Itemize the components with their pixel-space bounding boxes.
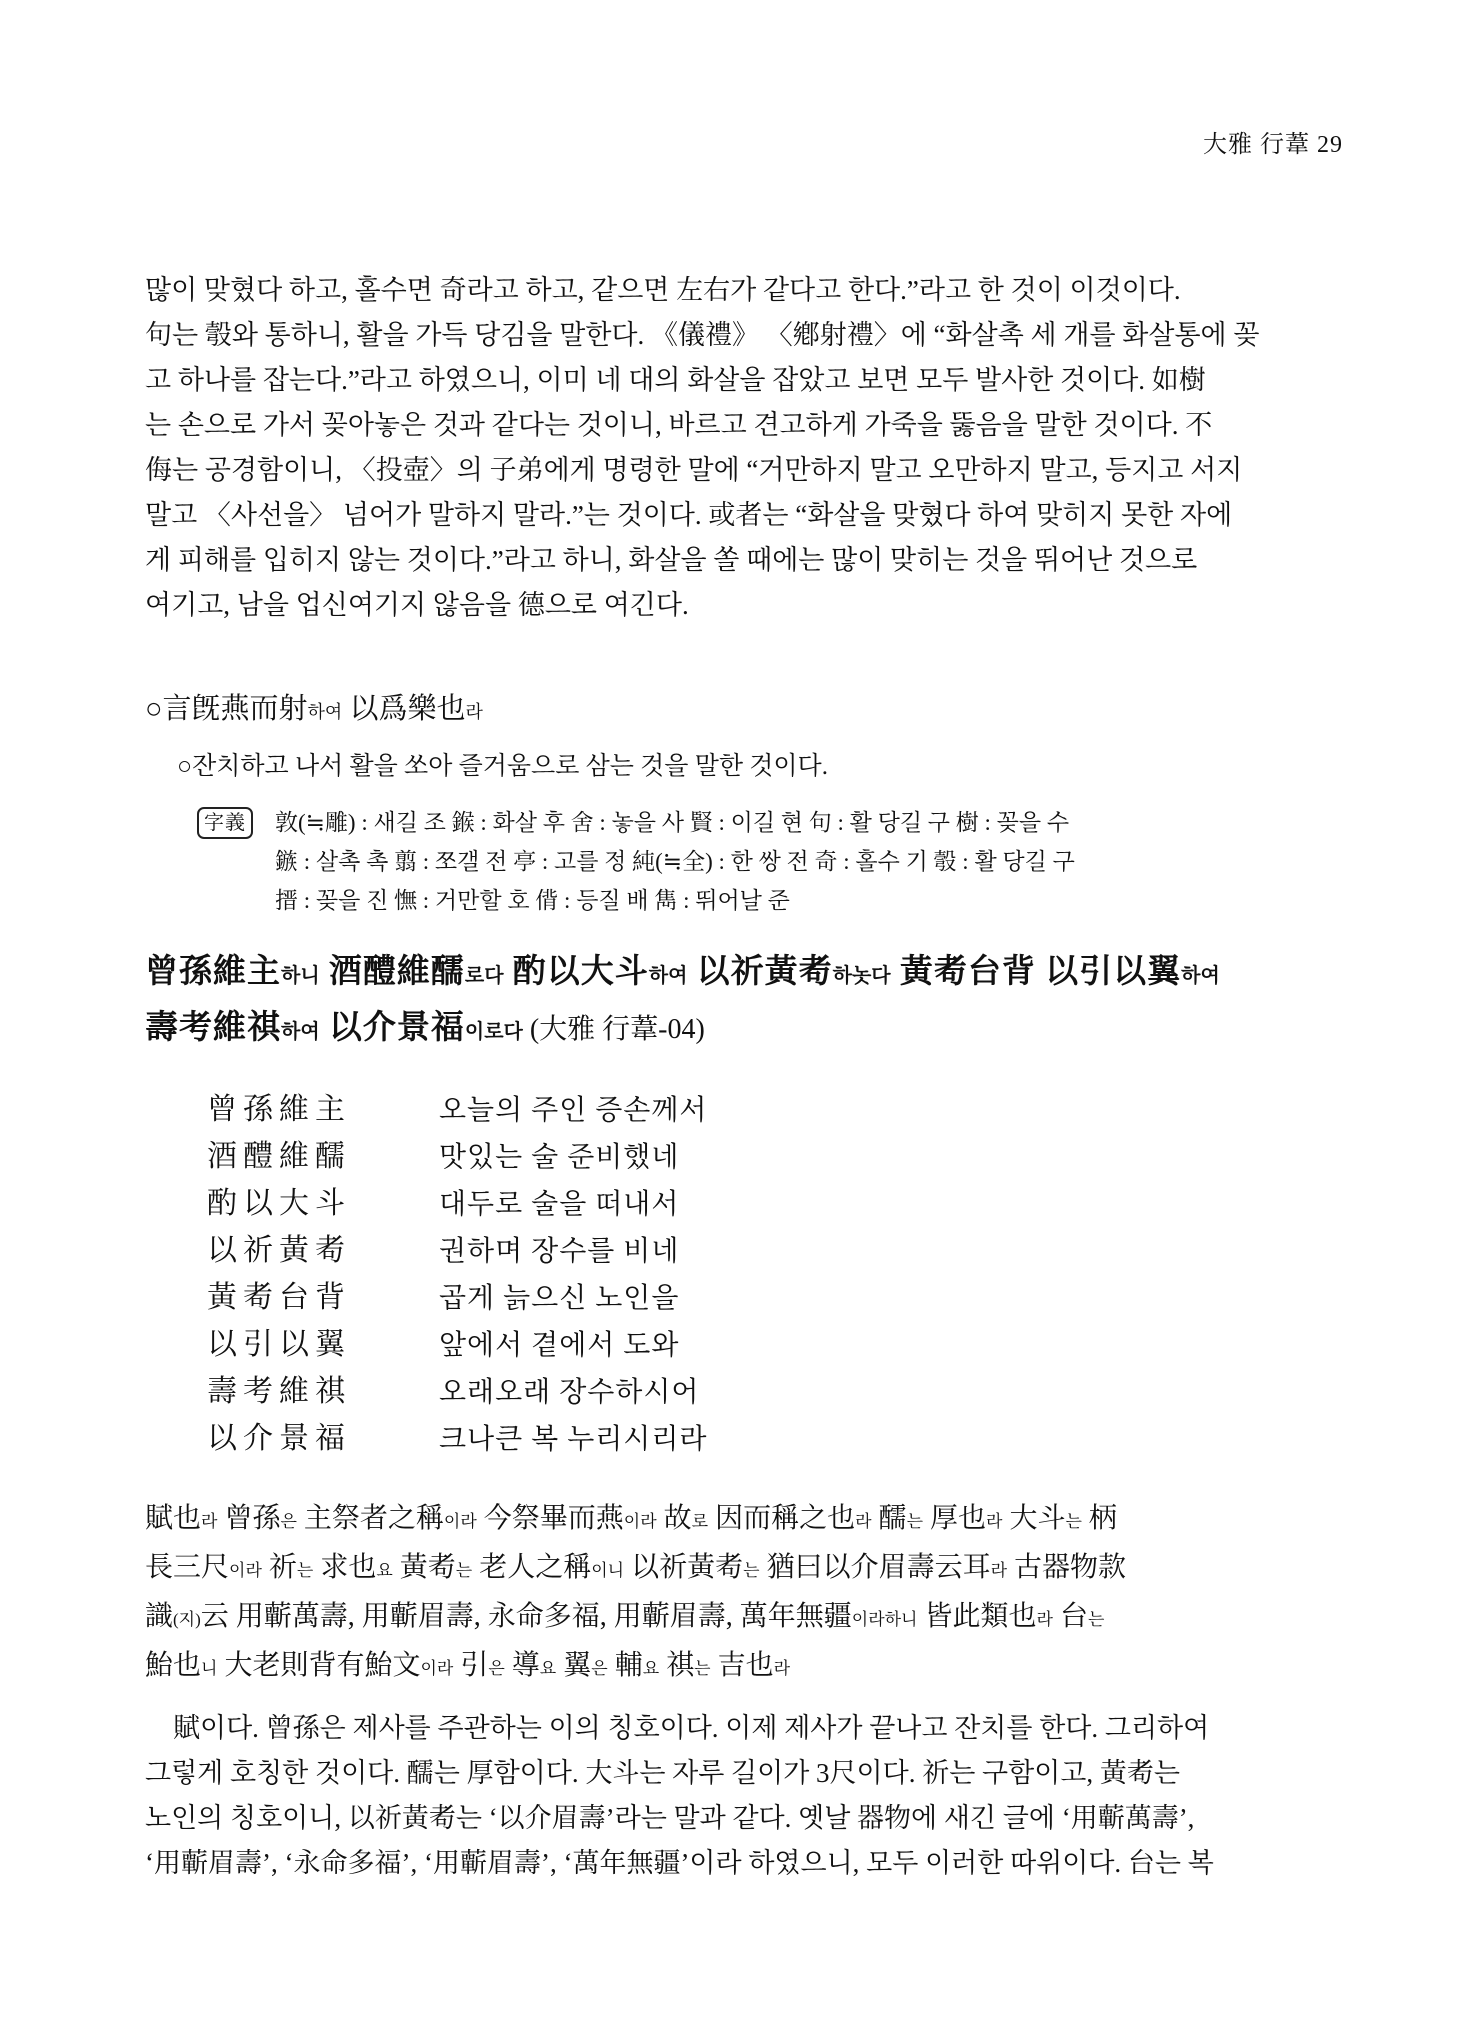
text-run: 曾孫 [217,1503,280,1534]
couplet-hanja: 酌以大斗 [207,1178,439,1222]
text-run: 酌以大斗 [504,954,649,990]
text-run: 今祭畢而燕 [477,1503,624,1534]
suffix-particle: 로 [692,1512,708,1531]
suffix-particle: 니 [201,1659,217,1678]
text-run: 識 [145,1601,173,1632]
verse-couplet-table: 曾孫維主 오늘의 주인 증손께서 酒醴維醹 맛있는 술 준비했네 酌以大斗 대두… [145,1084,1343,1460]
couplet-hanja: 酒醴維醹 [207,1131,439,1175]
verse-headline: 曾孫維主하니 酒醴維醹로다 酌以大斗하여 以祈黃耇하놋다 黃耇台背 以引以翼하여… [145,946,1343,1058]
glossary-line: 鏃 : 살촉 촉 翦 : 쪼갤 전 亭 : 고를 정 純(≒全) : 한 쌍 전… [275,842,1075,881]
suffix-particle: 라 [774,1659,790,1678]
suffix-particle: 요 [540,1659,556,1678]
suffix-particle: 라 [1037,1610,1053,1629]
suffix-particle: 하놋다 [833,965,891,987]
paragraph-line: 는 손으로 가서 꽂아놓은 것과 같다는 것이니, 바르고 견고하게 가죽을 뚫… [145,403,1343,448]
text-run: 古器物款 [1007,1552,1126,1583]
suffix-particle: 라 [855,1512,871,1531]
couplet-hanja: 以介景福 [207,1413,439,1457]
verse-headline-line2: 壽考維祺하여 以介景福이로다 (大雅 行葦-04) [145,1002,1343,1058]
couplet-row: 壽考維祺 오래오래 장수하시어 [207,1366,1343,1413]
suffix-particle: 로다 [465,965,504,987]
text-run: 壽考維祺 [145,1010,281,1046]
paragraph-line: 여기고, 남을 업신여기지 않음을 德으로 여긴다. [145,583,1343,628]
text-run: 皆此類也 [917,1601,1036,1632]
translation-line: 賦이다. 曾孫은 제사를 주관하는 이의 칭호이다. 이제 제사가 끝나고 잔치… [145,1706,1343,1751]
translation-line: 노인의 칭호이니, 以祈黃耇는 ‘以介眉壽’라는 말과 같다. 옛날 器物에 새… [145,1796,1343,1841]
suffix-particle: 이라 [420,1659,453,1678]
text-run: 引 [453,1650,488,1681]
text-run: 導 [505,1650,540,1681]
suffix-particle: 은 [488,1659,504,1678]
suffix-particle: 하여 [1181,965,1220,987]
couplet-korean: 오래오래 장수하시어 [439,1370,699,1410]
book-page: 大雅 行葦 29 많이 맞혔다 하고, 홀수면 奇라고 하고, 같으면 左右가 … [0,0,1481,1886]
couplet-row: 黃耇台背 곱게 늙으신 노인을 [207,1272,1343,1319]
suffix-particle: 이로다 [465,1021,523,1043]
text-run: 求也 [313,1552,376,1583]
commentary-line: 長三尺이라 祈는 求也요 黃耇는 老人之稱이니 以祈黃耇는 猶曰以介眉壽云耳라 … [145,1545,1343,1594]
suffix-particle: 라 [201,1512,217,1531]
glossary-line: 搢 : 꽂을 진 憮 : 거만할 호 偝 : 등질 배 雋 : 뛰어날 준 [275,881,1075,920]
text-run: 主祭者之稱 [297,1503,444,1534]
paragraph-line: 句는 彀와 통하니, 활을 가득 당김을 말한다. 《儀禮》 〈鄕射禮〉에 “화… [145,313,1343,358]
translation-line: 그렇게 호칭한 것이다. 醹는 厚함이다. 大斗는 자루 길이가 3尺이다. 祈… [145,1751,1343,1796]
note-korean-line: ○잔치하고 나서 활을 쏘아 즐거움으로 삼는 것을 말한 것이다. [145,747,1343,787]
text-run: 醹 [872,1503,907,1534]
text-run: 厚也 [923,1503,986,1534]
couplet-row: 以引以翼 앞에서 곁에서 도와 [207,1319,1343,1366]
suffix-particle: 이니 [591,1561,624,1580]
text-run: 輔 [608,1650,643,1681]
source-reference: (大雅 行葦-04) [523,1014,705,1045]
suffix-particle: 는 [297,1561,313,1580]
text-run: 祺 [659,1650,694,1681]
suffix-particle: 하여 [308,702,343,722]
couplet-hanja: 壽考維祺 [207,1366,439,1410]
suffix-particle: 은 [591,1659,607,1678]
glossary-line: 敦(≒雕) : 새길 조 鍭 : 화살 후 舍 : 놓을 사 賢 : 이길 현 … [275,803,1075,842]
suffix-particle: (지) [173,1610,201,1629]
couplet-row: 曾孫維主 오늘의 주인 증손께서 [207,1084,1343,1131]
couplet-korean: 앞에서 곁에서 도와 [439,1323,679,1363]
text-run: 鮐也 [145,1650,201,1681]
couplet-korean: 오늘의 주인 증손께서 [439,1088,707,1128]
text-run: 云 用蘄萬壽, 用蘄眉壽, 永命多福, 用蘄眉壽, 萬年無疆 [201,1601,852,1632]
suffix-particle: 은 [280,1512,296,1531]
text-run: 大斗 [1002,1503,1065,1534]
text-run: 故 [657,1503,692,1534]
text-run: 翼 [556,1650,591,1681]
suffix-particle: 하여 [281,1021,320,1043]
verse-headline-line1: 曾孫維主하니 酒醴維醹로다 酌以大斗하여 以祈黃耇하놋다 黃耇台背 以引以翼하여 [145,946,1343,1002]
couplet-hanja: 黃耇台背 [207,1272,439,1316]
hanja-commentary-block: 賦也라 曾孫은 主祭者之稱이라 今祭畢而燕이라 故로 因而稱之也라 醹는 厚也라… [145,1496,1343,1692]
suffix-particle: 요 [643,1659,659,1678]
text-run: 曾孫維主 [145,954,281,990]
text-run: 因而稱之也 [708,1503,855,1534]
commentary-line: 賦也라 曾孫은 主祭者之稱이라 今祭畢而燕이라 故로 因而稱之也라 醹는 厚也라… [145,1496,1343,1545]
couplet-korean: 권하며 장수를 비네 [439,1229,679,1269]
text-run: 長三尺 [145,1552,229,1583]
text-run: 老人之稱 [472,1552,591,1583]
suffix-particle: 하니 [281,965,320,987]
suffix-particle: 라 [466,702,483,722]
suffix-particle: 하여 [649,965,688,987]
couplet-row: 酌以大斗 대두로 술을 떠내서 [207,1178,1343,1225]
text-run: 柄 [1082,1503,1117,1534]
text-run: 台 [1053,1601,1088,1632]
couplet-row: 以祈黃耇 권하며 장수를 비네 [207,1225,1343,1272]
couplet-korean: 맛있는 술 준비했네 [439,1135,679,1175]
suffix-particle: 라 [986,1512,1002,1531]
couplet-hanja: 以祈黃耇 [207,1225,439,1269]
translation-line: ‘用蘄眉壽’, ‘永命多福’, ‘用蘄眉壽’, ‘萬年無疆’이라 하였으니, 모… [145,1841,1343,1886]
text-run: 祈 [262,1552,297,1583]
text-run: 賦也 [145,1503,201,1534]
text-run: 吉也 [711,1650,774,1681]
commentary-translation-paragraph: 많이 맞혔다 하고, 홀수면 奇라고 하고, 같으면 左右가 같다고 한다.”라… [145,268,1343,628]
text-run: 以祈黃耇 [687,954,832,990]
suffix-particle: 는 [907,1512,923,1531]
suffix-particle: 이라 [624,1512,657,1531]
commentary-line: 識(지)云 用蘄萬壽, 用蘄眉壽, 永命多福, 用蘄眉壽, 萬年無疆이라하니 皆… [145,1594,1343,1643]
suffix-particle: 는 [456,1561,472,1580]
paragraph-line: 게 피해를 입히지 않는 것이다.”라고 하니, 화살을 쏠 때에는 많이 맞히… [145,538,1343,583]
suffix-particle: 는 [1088,1610,1104,1629]
glossary-box-label: 字義 [197,807,253,839]
couplet-row: 以介景福 크나큰 복 누리시리라 [207,1413,1343,1460]
korean-translation-block: 賦이다. 曾孫은 제사를 주관하는 이의 칭호이다. 이제 제사가 끝나고 잔치… [145,1706,1343,1886]
suffix-particle: 는 [743,1561,759,1580]
suffix-particle: 라 [991,1561,1007,1580]
character-glossary: 字義 敦(≒雕) : 새길 조 鍭 : 화살 후 舍 : 놓을 사 賢 : 이길… [145,803,1343,920]
couplet-korean: 크나큰 복 누리시리라 [439,1417,707,1457]
suffix-particle: 이라 [229,1561,262,1580]
suffix-particle: 요 [376,1561,392,1580]
text-run: 酒醴維醹 [320,954,465,990]
text-run: 以介景福 [320,1010,465,1046]
paragraph-line: 말고 〈사선을〉 넘어가 말하지 말라.”는 것이다. 或者는 “화살을 맞혔다… [145,493,1343,538]
text-run: ○言旣燕而射 [145,693,308,725]
suffix-particle: 는 [1065,1512,1081,1531]
suffix-particle: 이라하니 [852,1610,918,1629]
couplet-hanja: 曾孫維主 [207,1084,439,1128]
suffix-particle: 는 [694,1659,710,1678]
paragraph-line: 많이 맞혔다 하고, 홀수면 奇라고 하고, 같으면 左右가 같다고 한다.”라… [145,268,1343,313]
couplet-row: 酒醴維醹 맛있는 술 준비했네 [207,1131,1343,1178]
couplet-korean: 대두로 술을 떠내서 [439,1182,679,1222]
commentary-line: 鮐也니 大老則背有鮐文이라 引은 導요 翼은 輔요 祺는 吉也라 [145,1643,1343,1692]
note-hanja-line: ○言旣燕而射하여 以爲樂也라 [145,688,1343,733]
couplet-korean: 곱게 늙으신 노인을 [439,1276,679,1316]
text-run: 以祈黃耇 [624,1552,743,1583]
couplet-hanja: 以引以翼 [207,1319,439,1363]
text-run: 大老則背有鮐文 [217,1650,420,1681]
text-run: 黃耇台背 以引以翼 [891,954,1182,990]
text-run: 以爲樂也 [342,693,465,725]
paragraph-line: 侮는 공경함이니, 〈投壺〉의 子弟에게 명령한 말에 “거만하지 말고 오만하… [145,448,1343,493]
suffix-particle: 이라 [444,1512,477,1531]
text-run: 猶曰以介眉壽云耳 [760,1552,991,1583]
glossary-lines: 敦(≒雕) : 새길 조 鍭 : 화살 후 舍 : 놓을 사 賢 : 이길 현 … [275,803,1075,920]
running-head: 大雅 行葦 29 [145,128,1343,162]
paragraph-line: 고 하나를 잡는다.”라고 하였으니, 이미 네 대의 화살을 잡았고 보면 모… [145,358,1343,403]
text-run: 黃耇 [393,1552,456,1583]
